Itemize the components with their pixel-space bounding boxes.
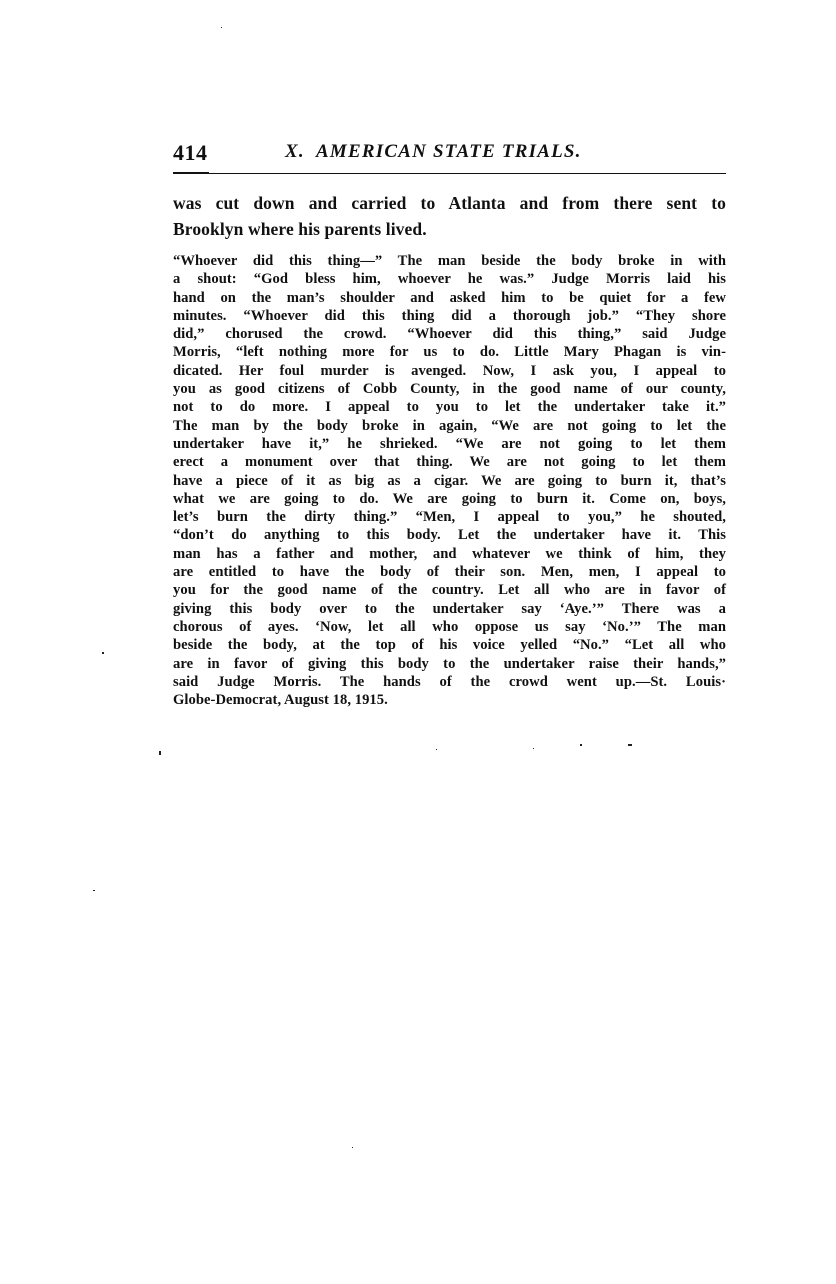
text-line: a shout: “God bless him, whoever he was.… bbox=[173, 270, 726, 288]
scan-speck bbox=[628, 744, 632, 746]
text-line: did,” chorused the crowd. “Whoever did t… bbox=[173, 325, 726, 343]
text-line: you as good citizens of Cobb County, in … bbox=[173, 380, 726, 398]
text-line: “don’t do anything to this body. Let the… bbox=[173, 526, 726, 544]
text-line: undertaker have it,” he shrieked. “We ar… bbox=[173, 435, 726, 453]
text-line: The man by the body broke in again, “We … bbox=[173, 417, 726, 435]
text-line: are entitled to have the body of their s… bbox=[173, 563, 726, 581]
text-line: you for the good name of the country. Le… bbox=[173, 581, 726, 599]
scan-speck bbox=[93, 890, 95, 891]
text-line: was cut down and carried to Atlanta and … bbox=[173, 190, 726, 216]
lead-paragraph: was cut down and carried to Atlanta and … bbox=[173, 190, 726, 242]
text-line: chorous of ayes. ‘Now, let all who oppos… bbox=[173, 618, 726, 636]
text-line: let’s burn the dirty thing.” “Men, I app… bbox=[173, 508, 726, 526]
text-line: Globe-Democrat, August 18, 1915. bbox=[173, 691, 726, 709]
text-line: said Judge Morris. The hands of the crow… bbox=[173, 673, 726, 691]
running-head: 414 X. AMERICAN STATE TRIALS. bbox=[173, 140, 726, 174]
text-line: are in favor of giving this body to the … bbox=[173, 655, 726, 673]
text-line: Brooklyn where his parents lived. bbox=[173, 216, 726, 242]
scan-speck bbox=[221, 27, 222, 28]
text-line: what we are going to do. We are going to… bbox=[173, 490, 726, 508]
scan-speck bbox=[102, 652, 104, 654]
book-page: 414 X. AMERICAN STATE TRIALS. was cut do… bbox=[0, 0, 836, 1284]
scan-speck bbox=[533, 748, 534, 749]
text-line: giving this body over to the undertaker … bbox=[173, 600, 726, 618]
text-line: erect a monument over that thing. We are… bbox=[173, 453, 726, 471]
header-rule-accent bbox=[173, 172, 209, 174]
text-line: dicated. Her foul murder is avenged. Now… bbox=[173, 362, 726, 380]
scan-speck bbox=[352, 1147, 353, 1148]
running-title: X. AMERICAN STATE TRIALS. bbox=[285, 141, 582, 163]
text-line: “Whoever did this thing—” The man beside… bbox=[173, 252, 726, 270]
text-line: have a piece of it as big as a cigar. We… bbox=[173, 472, 726, 490]
text-line: man has a father and mother, and whateve… bbox=[173, 545, 726, 563]
scan-speck bbox=[580, 744, 582, 746]
text-line: minutes. “Whoever did this thing did a t… bbox=[173, 307, 726, 325]
scan-speck bbox=[159, 751, 161, 755]
quoted-news-paragraph: “Whoever did this thing—” The man beside… bbox=[173, 252, 726, 709]
text-line: beside the body, at the top of his voice… bbox=[173, 636, 726, 654]
scan-speck bbox=[436, 749, 437, 750]
page-number: 414 bbox=[173, 140, 208, 166]
text-line: hand on the man’s shoulder and asked him… bbox=[173, 289, 726, 307]
text-line: not to do more. I appeal to you to let t… bbox=[173, 398, 726, 416]
text-line: Morris, “left nothing more for us to do.… bbox=[173, 343, 726, 361]
header-rule bbox=[173, 173, 726, 174]
